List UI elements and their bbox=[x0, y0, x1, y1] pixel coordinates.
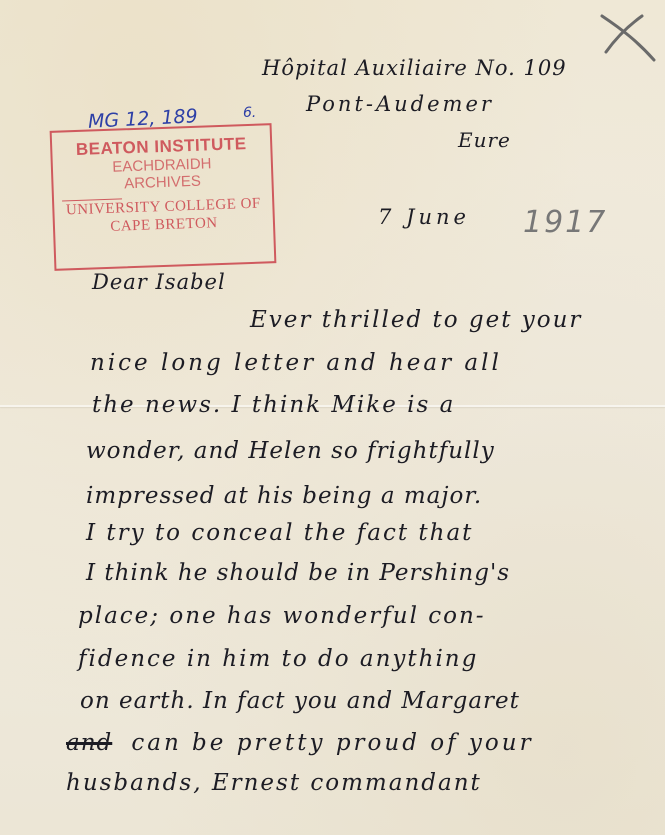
letter-line-4: wonder, and Helen so frightfully bbox=[86, 438, 495, 464]
letter-line-2: nice long letter and hear all bbox=[90, 350, 502, 376]
salutation: Dear Isabel bbox=[92, 270, 226, 294]
struck-word: and bbox=[66, 730, 112, 756]
item-number: 6. bbox=[243, 105, 256, 121]
date-year-pencil: 1917 bbox=[523, 205, 607, 240]
letterhead-line2: Pont-Audemer bbox=[306, 92, 494, 116]
letter-line-7: I think he should be in Pershing's bbox=[86, 560, 510, 586]
letter-line-1: Ever thrilled to get your bbox=[250, 307, 582, 333]
letter-page: Hôpital Auxiliaire No. 109 Pont-Audemer … bbox=[0, 0, 665, 835]
date-day-month: 7 June bbox=[378, 205, 470, 229]
x-mark-icon bbox=[598, 12, 658, 62]
letter-line-12: husbands, Ernest commandant bbox=[66, 770, 482, 796]
archive-stamp: BEATON INSTITUTE EACHDRAIDH ARCHIVES UNI… bbox=[50, 123, 277, 271]
letter-line-11: can be pretty proud of your bbox=[131, 730, 533, 756]
letter-line-3: the news. I think Mike is a bbox=[92, 392, 455, 418]
letter-line-11-row: and can be pretty proud of your bbox=[66, 730, 534, 756]
letter-line-8: place; one has wonderful con- bbox=[78, 603, 486, 629]
letter-line-6: I try to conceal the fact that bbox=[86, 520, 473, 546]
letterhead-line3: Eure bbox=[458, 128, 511, 152]
letter-line-10: on earth. In fact you and Margaret bbox=[80, 688, 520, 714]
letter-line-9: fidence in him to do anything bbox=[78, 646, 478, 672]
letter-line-5: impressed at his being a major. bbox=[86, 483, 482, 509]
letterhead-line1: Hôpital Auxiliaire No. 109 bbox=[262, 56, 567, 80]
